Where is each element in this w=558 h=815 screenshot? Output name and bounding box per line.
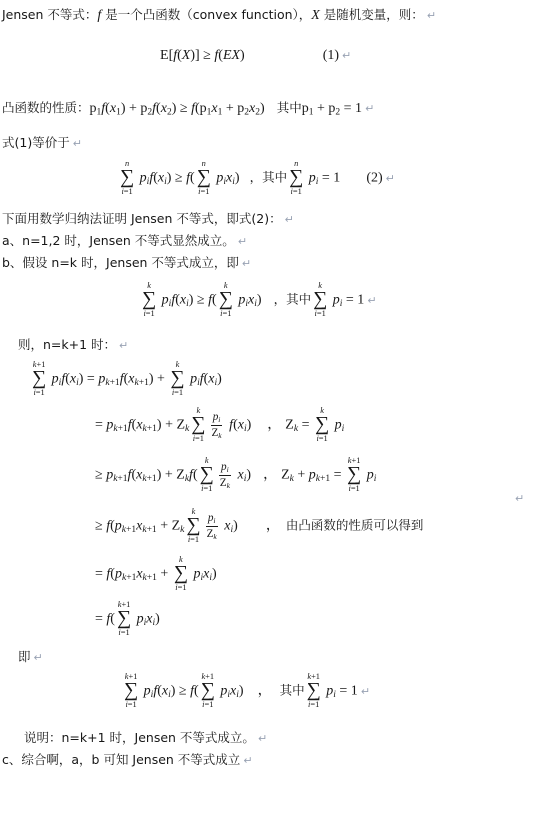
inline-math: p1 + p2 = 1 [302,101,362,116]
subscript: k+1 [143,424,157,434]
para-conclusion-c: c、综合啊，a，b 可知 Jensen 不等式成立↵ [2,751,253,769]
math-variable: i [202,700,204,709]
spacer [251,428,267,429]
subscript: 2 [335,107,340,117]
subscript: i [333,690,336,700]
pilcrow-mark: ↵ [242,257,251,270]
math-variable: i [188,535,190,544]
sigma-symbol: ∑ [124,682,138,700]
para-namely: 即↵ [18,648,43,666]
para-case-b: b、假设 n=k 时，Jensen 不等式成立，即↵ [2,254,251,272]
sum-lower-limit: i=1 [316,435,327,443]
sigma-symbol: ∑ [289,169,303,187]
math-variable: i [244,474,247,484]
sigma-symbol: ∑ [117,610,131,628]
document-page: Jensen 不等式：f 是一个凸函数（convex function），X 是… [0,0,558,815]
math-variable: i [348,484,350,493]
summation: n∑i=1 [120,159,134,198]
subscript: k [290,474,294,484]
math-variable: i [316,434,318,443]
math-variable: i [333,690,336,700]
roman-symbol: Z [220,477,227,489]
subscript: k [227,481,230,490]
math-variable: f [128,418,132,433]
math-variable: i [76,378,79,388]
pilcrow-mark: ↵ [238,235,247,248]
math-variable: i [340,299,343,309]
fraction-numerator: pi [206,511,218,526]
math-variable: k [143,573,147,583]
math-variable: i [291,187,293,196]
roman-symbol: Z [281,468,290,483]
inline-text: 由凸函数的性质可以得到 [286,518,424,533]
pilcrow-mark: ↵ [258,732,267,745]
sigma-symbol: ∑ [174,565,188,583]
math-variable: i [121,187,123,196]
eq-3-hypothesis: k∑i=1 pif(xi) ≥ f(k∑i=1 pixi)，其中k∑i=1 pi… [140,281,377,320]
spacer [340,181,366,182]
sigma-symbol: ∑ [313,291,327,309]
subscript: k [180,525,184,535]
subscript: i [232,177,235,187]
math-variable: i [308,700,310,709]
sigma-symbol: ∑ [120,169,134,187]
fraction: piZk [209,410,223,440]
pilcrow-mark: ↵ [386,172,395,185]
math-variable: k [316,474,320,484]
math-variable: k [122,525,126,535]
roman-symbol: Z [285,418,294,433]
fraction-numerator: pi [211,410,223,425]
sum-lower-limit: i=1 [175,584,186,592]
eq-2-sum-form: n∑i=1 pif(xi) ≥ f(n∑i=1 pixi)，其中n∑i=1 pi… [118,159,395,198]
math-variable: i [232,177,235,187]
math-variable: f [191,101,195,116]
math-variable: p [140,171,147,186]
summation: k+1∑i=1 [117,600,131,639]
para-convex-property: 凸函数的性质：p1f(x1) + p2f(x2) ≥ f(p1x1 + p2x2… [2,99,374,121]
inline-math: f [97,8,101,23]
roman-symbol: Z [172,519,181,534]
fraction-denominator: Zk [209,426,223,440]
subscript: i [215,378,218,388]
math-variable: k [227,481,230,490]
math-variable: f [101,101,105,116]
math-variable: f [97,8,101,23]
spacer [238,529,266,530]
math-variable: f [152,101,156,116]
math-variable: f [106,612,110,627]
eq-derive-1: k+1∑i=1 pif(xi) = pk+1f(xk+1) + k∑i=1 pi… [30,360,222,399]
pilcrow-mark: ↵ [73,137,82,150]
math-variable: p [190,372,197,387]
sum-lower-limit: i=1 [188,536,199,544]
roman-symbol: Z [176,418,185,433]
sigma-symbol: ∑ [197,169,211,187]
math-variable: f [208,293,212,308]
subscript: i [227,465,229,474]
spacer [272,694,280,695]
subscript: k+1 [113,424,127,434]
math-variable: k [143,424,147,434]
math-variable: f [171,293,175,308]
math-variable: i [33,388,35,397]
subscript: i [254,299,257,309]
fraction-denominator: Zk [218,476,232,490]
subscript: i [236,690,239,700]
sum-lower-limit: i=1 [315,310,326,318]
inline-math: X [311,8,320,23]
sigma-symbol: ∑ [347,466,361,484]
summation: k+1∑i=1 [347,456,361,495]
sum-lower-limit: i=1 [118,629,129,637]
subscript: k+1 [134,378,148,388]
subscript: k+1 [122,525,136,535]
subscript: k [218,431,221,440]
math-variable: k [213,532,216,541]
math-variable: f [120,372,124,387]
math-variable: p [367,468,374,483]
subscript: k [185,424,189,434]
summation: k+1∑i=1 [32,360,46,399]
math-variable: i [236,690,239,700]
sum-lower-limit: i=1 [193,435,204,443]
fraction: piZk [205,511,219,541]
math-variable: p [115,567,122,582]
roman-symbol: E [160,48,169,63]
math-variable: i [143,309,145,318]
math-variable: f [200,372,204,387]
math-variable: f [186,171,190,186]
math-variable: i [374,474,377,484]
spacer [245,58,323,59]
subscript: i [76,378,79,388]
sum-lower-limit: i=1 [291,188,302,196]
eq-derive-4: ≥ f(pk+1xk+1 + Zkk∑i=1piZk xi)，由凸函数的性质可以… [95,507,423,546]
sigma-symbol: ∑ [142,291,156,309]
pilcrow-mark: ↵ [427,9,436,22]
sum-lower-limit: i=1 [202,701,213,709]
pilcrow-mark: ↵ [243,754,252,767]
subscript: i [209,573,212,583]
subscript: i [153,618,156,628]
inline-text: ，其中 [250,170,288,185]
sigma-symbol: ∑ [219,291,233,309]
subscript: 2 [255,107,260,117]
math-variable: i [254,299,257,309]
pilcrow-mark: ↵ [119,339,128,352]
eq-derive-5: = f(pk+1xk+1 + k∑i=1 pixi) [95,555,217,594]
math-variable: f [149,171,153,186]
spacer [265,111,277,112]
math-variable: i [201,484,203,493]
math-variable: X [311,8,320,23]
math-variable: i [218,415,220,424]
sum-lower-limit: i=1 [220,310,231,318]
paragraph-break-mark: ↵ [512,489,524,507]
roman-symbol: p [200,101,207,116]
summation: n∑i=1 [289,159,303,198]
fraction-denominator: Zk [205,527,219,541]
summation: k∑i=1 [315,406,329,445]
summation: k∑i=1 [219,281,233,320]
para-case-a: a、n=1,2 时，Jensen 不等式显然成立。↵ [2,232,247,250]
subscript: i [213,516,215,525]
summation: k+1∑i=1 [201,672,215,711]
para-conclusion-b: 说明：n=k+1 时，Jensen 不等式成立。↵ [24,729,267,747]
eq-derive-3: ≥ pk+1f(xk+1) + Zkf(k∑i=1piZk xi)，Zk + p… [95,456,376,495]
sigma-symbol: ∑ [315,416,329,434]
math-variable: f [189,468,193,483]
math-variable: k [142,474,146,484]
math-variable: i [153,618,156,628]
summation: k∑i=1 [200,456,214,495]
subscript: k+1 [122,573,136,583]
math-variable: i [316,177,319,187]
math-variable: f [153,684,157,699]
math-variable: p [309,468,316,483]
subscript: 1 [116,107,121,117]
roman-symbol: p [90,101,97,116]
math-variable: k [134,378,138,388]
subscript: k [294,424,298,434]
subscript: i [244,424,247,434]
math-variable: k [290,474,294,484]
inline-text: 其中 [280,683,305,698]
eq-4-conclusion: k+1∑i=1 pif(xi) ≥ f(k+1∑i=1 pixi)，其中k+1∑… [122,672,370,711]
math-variable: i [231,525,234,535]
subscript: 2 [167,107,172,117]
math-variable: f [106,519,110,534]
math-variable: f [128,468,132,483]
sum-lower-limit: i=1 [143,310,154,318]
subscript: 1 [218,107,223,117]
para-eq1-equivalent: 式(1)等价于↵ [2,134,82,152]
inline-text: ，其中 [274,292,312,307]
subscript: i [218,415,220,424]
sigma-symbol: ∑ [191,416,205,434]
math-variable: k [113,474,117,484]
math-variable: p [115,519,122,534]
inline-math: p1f(x1) + p2f(x2) ≥ f(p1x1 + p2x2) [90,101,265,116]
subscript: i [340,299,343,309]
math-variable: k [142,525,146,535]
math-variable: i [193,434,195,443]
eq-derive-6: = f(k+1∑i=1 pixi) [95,600,160,639]
math-variable: f [106,567,110,582]
math-variable: p [52,372,59,387]
sigma-symbol: ∑ [170,370,184,388]
math-variable: p [333,293,340,308]
summation: n∑i=1 [197,159,211,198]
summation: k∑i=1 [313,281,327,320]
subscript: 1 [309,107,314,117]
sum-lower-limit: i=1 [308,701,319,709]
math-variable: p [309,171,316,186]
subscript: i [168,690,171,700]
math-variable: i [168,690,171,700]
subscript: k+1 [105,378,119,388]
eq-derive-2: = pk+1f(xk+1) + Zkk∑i=1piZk f(xi)，Zk = k… [95,406,344,445]
sigma-symbol: ∑ [201,682,215,700]
roman-symbol: Z [176,468,185,483]
pilcrow-mark: ↵ [285,213,294,226]
subscript: k+1 [142,525,156,535]
pilcrow-mark: ↵ [342,49,351,62]
math-variable: i [175,583,177,592]
math-variable: f [214,48,218,63]
math-variable: i [172,388,174,397]
subscript: k+1 [143,573,157,583]
summation: k∑i=1 [174,555,188,594]
pilcrow-mark: ↵ [515,492,524,505]
math-variable: i [315,309,317,318]
pilcrow-mark: ↵ [367,294,376,307]
math-variable: k [122,573,126,583]
sum-lower-limit: i=1 [33,389,44,397]
sum-lower-limit: i=1 [172,389,183,397]
math-variable: f [229,418,233,433]
math-variable: i [209,573,212,583]
roman-symbol: p [302,101,309,116]
math-variable: i [186,299,189,309]
eq-1-expectation: E[f(X)] ≥ f(EX)(1)↵ [160,48,351,64]
sum-lower-limit: i=1 [125,701,136,709]
math-variable: f [173,48,177,63]
summation: k∑i=1 [142,281,156,320]
pilcrow-mark: ↵ [34,651,43,664]
subscript: i [186,299,189,309]
math-variable: EX [223,48,240,63]
math-variable: i [227,465,229,474]
sigma-symbol: ∑ [32,370,46,388]
spacer [240,181,250,182]
summation: k∑i=1 [191,406,205,445]
subscript: i [231,525,234,535]
math-variable: k [180,525,184,535]
math-variable: k [185,424,189,434]
sum-lower-limit: i=1 [201,485,212,493]
math-variable: i [244,424,247,434]
fraction: piZk [218,460,232,490]
math-variable: X [182,48,191,63]
summation: k+1∑i=1 [307,672,321,711]
math-variable: p [144,684,151,699]
fraction-numerator: pi [219,460,231,475]
sigma-symbol: ∑ [186,517,200,535]
math-variable: i [198,187,200,196]
para-then-k-plus-1: 则，n=k+1 时：↵ [18,336,128,354]
math-variable: i [220,309,222,318]
math-variable: p [137,612,144,627]
pilcrow-mark: ↵ [361,685,370,698]
spacer [244,694,258,695]
math-variable: p [162,293,169,308]
subscript: i [374,474,377,484]
math-variable: k [218,431,221,440]
math-variable: i [215,378,218,388]
subscript: k+1 [142,474,156,484]
math-variable: i [342,424,345,434]
math-variable: i [213,516,215,525]
subscript: k+1 [113,474,127,484]
sum-lower-limit: i=1 [198,188,209,196]
math-variable: k [105,378,109,388]
subscript: i [164,177,167,187]
sigma-symbol: ∑ [307,682,321,700]
para-induction-intro: 下面用数学归纳法证明 Jensen 不等式，即式(2)：↵ [2,210,294,228]
math-variable: f [61,372,65,387]
subscript: k+1 [316,474,330,484]
math-variable: f [190,684,194,699]
summation: k+1∑i=1 [124,672,138,711]
subscript: i [316,177,319,187]
subscript: k [213,532,216,541]
sum-lower-limit: i=1 [348,485,359,493]
sigma-symbol: ∑ [200,466,214,484]
math-variable: k [113,424,117,434]
math-variable: i [118,628,120,637]
math-variable: p [335,418,342,433]
summation: k∑i=1 [170,360,184,399]
summation: k∑i=1 [186,507,200,546]
math-variable: i [164,177,167,187]
spacer [251,478,263,479]
math-variable: k [294,424,298,434]
para-jensen-definition: Jensen 不等式：f 是一个凸函数（convex function），X 是… [2,6,436,24]
sum-lower-limit: i=1 [121,188,132,196]
math-variable: i [125,700,127,709]
pilcrow-mark: ↵ [365,102,374,115]
subscript: i [342,424,345,434]
spacer [262,303,274,304]
subscript: i [244,474,247,484]
